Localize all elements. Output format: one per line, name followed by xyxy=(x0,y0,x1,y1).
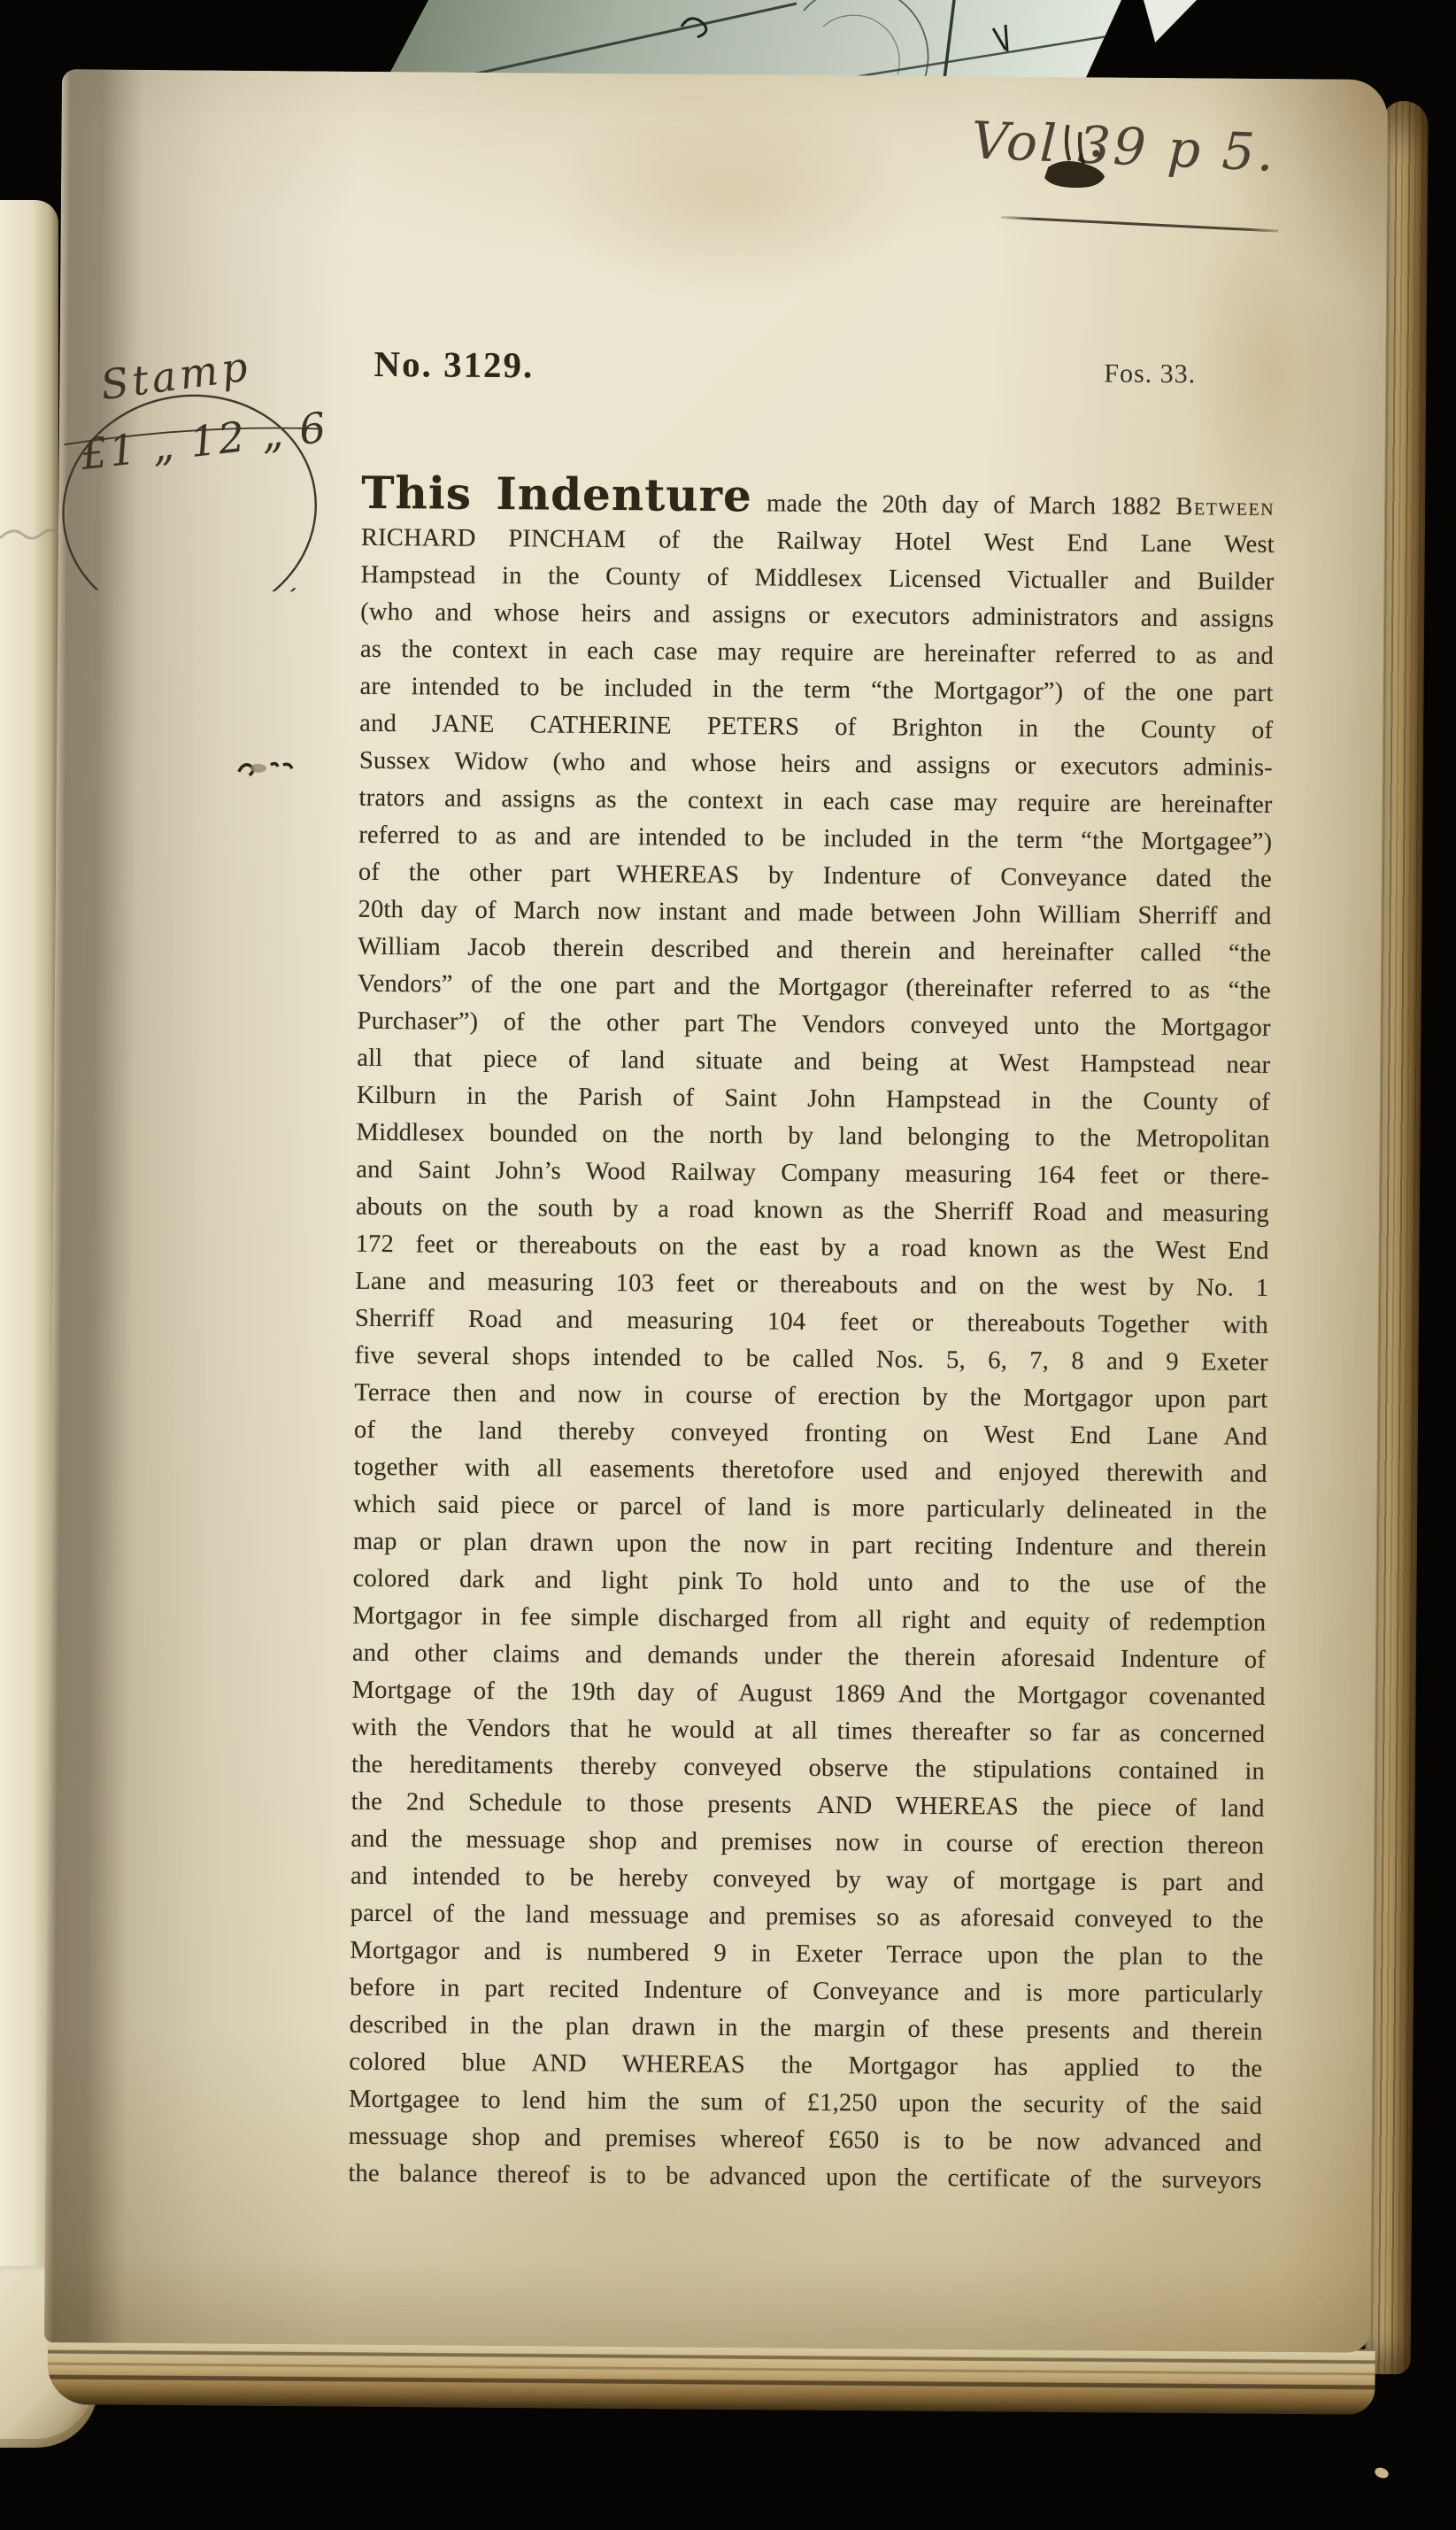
document-page: Vol 39 p 5. No. 3129. Fos. 33. Stamp £1 … xyxy=(44,69,1388,2353)
margin-marks xyxy=(181,752,304,788)
book-photo: Vol 39 p 5. No. 3129. Fos. 33. Stamp £1 … xyxy=(0,0,1456,2530)
between-smallcaps: Between xyxy=(1175,493,1275,521)
text-line: the balance thereof is to be advanced up… xyxy=(348,2156,1261,2200)
body-text: This Indenture made the 20th day of Marc… xyxy=(348,482,1275,2200)
document-number: No. 3129. xyxy=(374,343,534,386)
folio-number: Fos. 33. xyxy=(1104,359,1196,390)
gothic-initial-words: This Indenture xyxy=(361,467,752,521)
annotation-underline xyxy=(1001,216,1279,233)
photo-background: { "page": { "vol_annotation": "Vol 39 p … xyxy=(0,0,1456,2530)
ink-blot xyxy=(1021,49,1129,200)
page-block: Vol 39 p 5. No. 3129. Fos. 33. Stamp £1 … xyxy=(0,0,1456,2530)
first-line-continuation: made the 20th day of March 1882 xyxy=(752,490,1176,521)
body-lines: RICHARD PINCHAM of the Railway Hotel Wes… xyxy=(348,520,1275,2200)
paper-stain xyxy=(538,81,921,305)
